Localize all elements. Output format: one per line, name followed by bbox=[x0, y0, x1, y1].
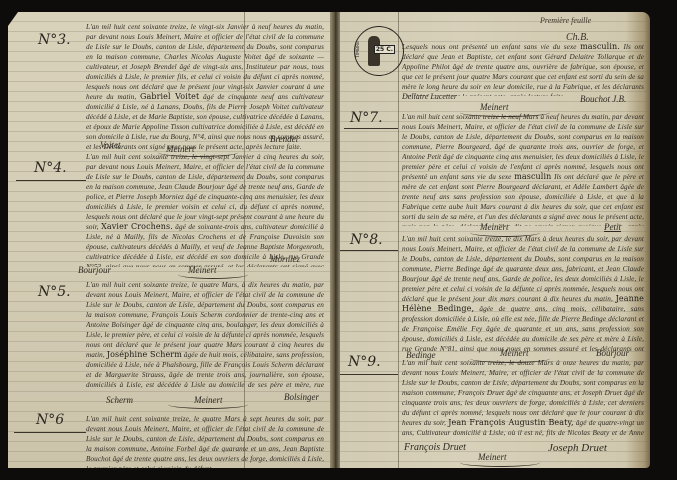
signature-flourish bbox=[460, 458, 540, 467]
entry-continuation-text: Lesquels nous ont présenté un enfant san… bbox=[402, 42, 644, 96]
entry-divider bbox=[16, 180, 86, 181]
page-header-note: Première feuille bbox=[540, 16, 591, 25]
entry-text: L'an mil huit cent soixante treize, le d… bbox=[402, 234, 644, 354]
signature: Dellatre Lucetter bbox=[402, 92, 457, 101]
signature: Bolsinger bbox=[284, 392, 319, 402]
entry-divider bbox=[340, 374, 398, 375]
tax-stamp: TIMBRE 25 C. bbox=[354, 26, 404, 76]
signature: Petit bbox=[604, 222, 621, 232]
entry-text: L'an mil huit cent soixante treize, le v… bbox=[86, 152, 324, 267]
entry-body: Lesquels nous ont présenté un enfant san… bbox=[402, 43, 577, 51]
entry-body: L'an mil huit cent soixante treize, le q… bbox=[86, 281, 324, 359]
entry-number: N°8. bbox=[350, 232, 383, 248]
entry-number: N°7. bbox=[350, 110, 383, 126]
entry-text: L'an mil huit cent soixante treize le ne… bbox=[402, 112, 644, 226]
stamp-value: 25 C. bbox=[374, 45, 395, 54]
deceased-name: Gabriel Voitet bbox=[140, 92, 199, 101]
entry-body: L'an mil huit cent soixante treize, le d… bbox=[402, 235, 644, 303]
signature-flourish bbox=[178, 270, 248, 279]
deceased-name: Xavier Crochens. bbox=[101, 222, 173, 231]
entry-text: L'an mil huit cent soixante treize, le q… bbox=[86, 414, 324, 468]
entry-divider bbox=[340, 250, 398, 251]
entry-text: L'an mil huit cent soixante treize, le q… bbox=[86, 280, 324, 392]
right-page: Première feuille Ch.B. TIMBRE 25 C. Lesq… bbox=[340, 12, 650, 468]
signature: Joseph Druet bbox=[548, 442, 607, 454]
signature: Brendel bbox=[270, 134, 298, 144]
signature: Morniez bbox=[270, 254, 300, 264]
left-page: N°3. L'an mil huit cent soixante treize,… bbox=[8, 12, 330, 468]
deceased-name: Jean François Augustin Beaty, bbox=[448, 418, 573, 427]
entry-divider bbox=[14, 432, 86, 433]
entry-body: L'an mil huit cent soixante treize, le v… bbox=[86, 153, 324, 231]
child-sex: masculin bbox=[514, 172, 551, 181]
entry-number: N°3. bbox=[38, 32, 71, 48]
signature-flourish bbox=[168, 400, 248, 409]
entry-number: N°6 bbox=[36, 412, 64, 428]
book-gutter bbox=[330, 12, 340, 468]
entry-number: N°9. bbox=[348, 354, 381, 370]
entry-text: L'an mil huit cent soixante treize, le d… bbox=[402, 358, 644, 440]
signature: François Druet bbox=[404, 442, 466, 453]
entry-body: L'an mil huit cent soixante treize, le d… bbox=[402, 359, 644, 427]
entry-text: L'an mil huit cent soixante treize, le v… bbox=[86, 22, 324, 152]
signature: Voitet bbox=[100, 140, 121, 150]
signature: Bouchot J.B. bbox=[580, 94, 626, 104]
entry-number: N°4. bbox=[34, 160, 67, 176]
entry-divider bbox=[344, 128, 398, 129]
child-sex: masculin. bbox=[580, 42, 620, 51]
deceased-name: Joséphine Scherm bbox=[107, 350, 182, 359]
entry-body: L'an mil huit cent soixante treize, le q… bbox=[86, 415, 324, 468]
open-register-book: N°3. L'an mil huit cent soixante treize,… bbox=[0, 0, 677, 480]
entry-body: L'an mil huit cent soixante treize, le v… bbox=[86, 23, 324, 101]
signature: Bourjour bbox=[596, 348, 629, 358]
signature: Bourjour bbox=[78, 265, 111, 275]
margin-rule bbox=[398, 12, 399, 468]
entry-number: N°5. bbox=[38, 284, 71, 300]
entry-body: L'an mil huit cent soixante treize le ne… bbox=[402, 113, 644, 181]
stamp-label: TIMBRE bbox=[356, 41, 361, 58]
signature: Scherm bbox=[106, 395, 133, 405]
